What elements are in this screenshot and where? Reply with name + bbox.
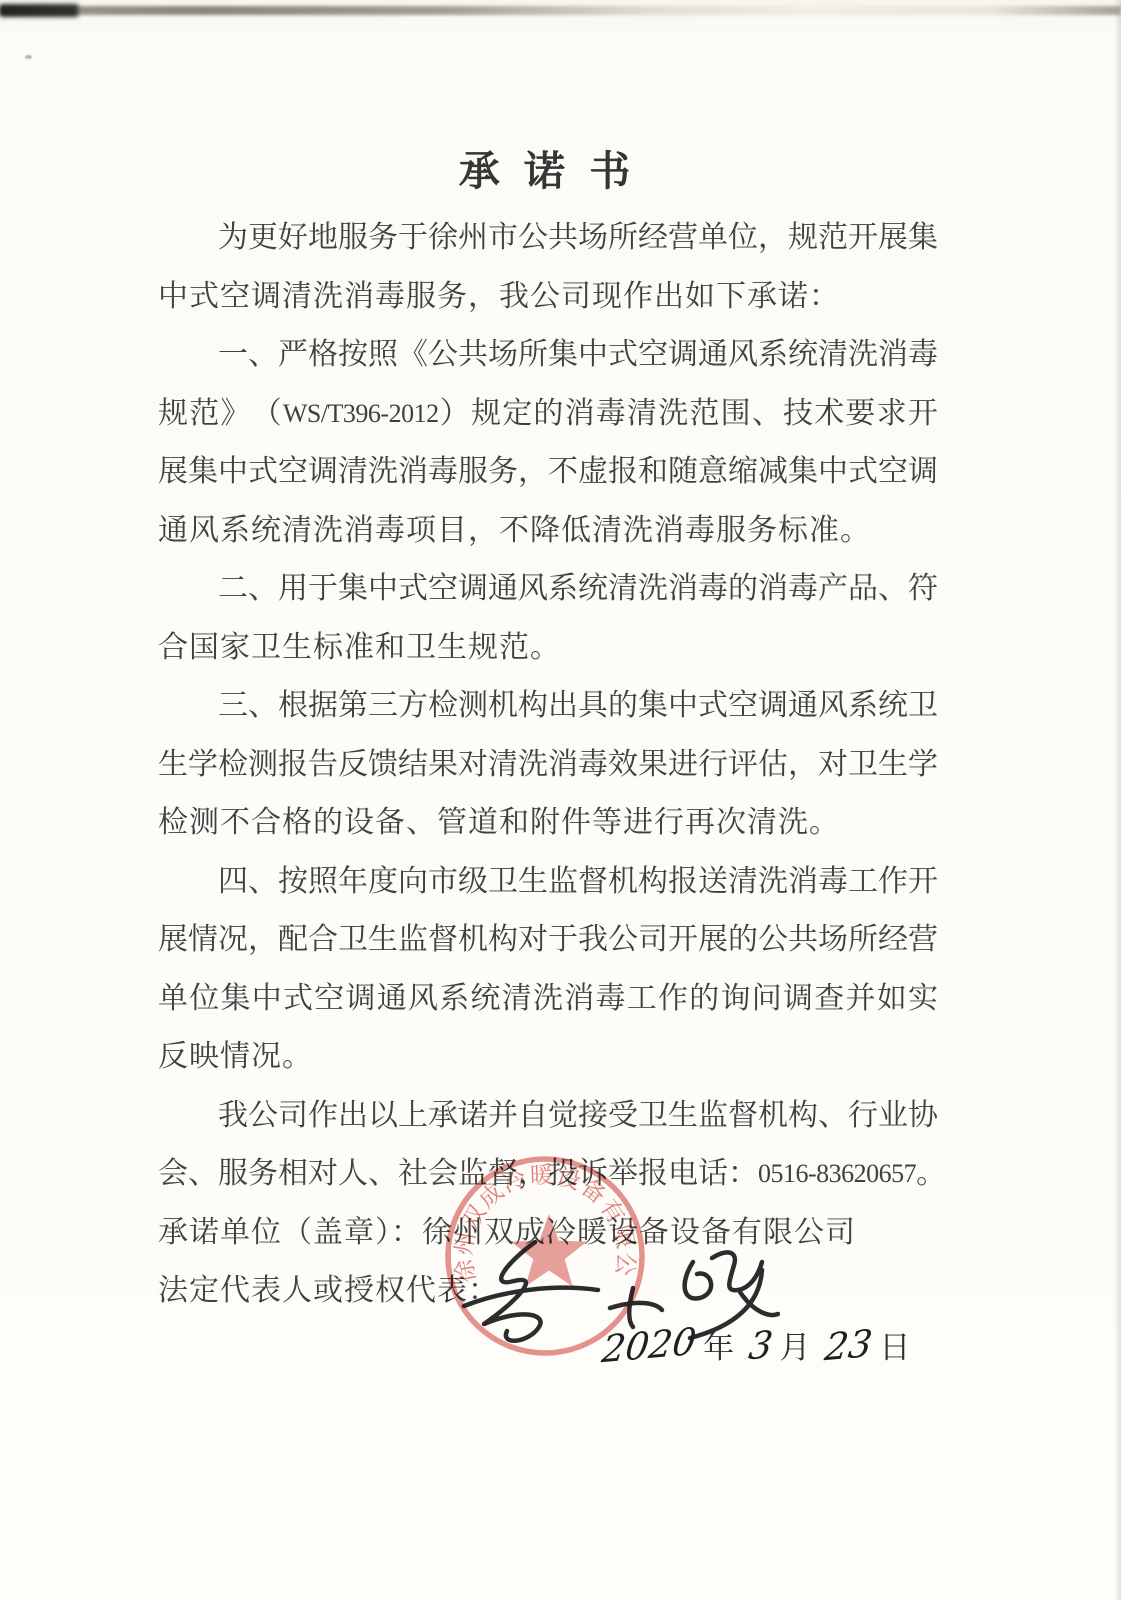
signature-stroke [685,1262,711,1299]
scanned-document-page: 承 诺 书 为更好地服务于徐州市公共场所经营单位，规范开展集中式空调清洗消毒服务… [0,0,1121,1600]
date-month: 3 [746,1323,775,1369]
text-line: 中式空调清洗消毒服务，我公司现作出如下承诺： [158,268,938,327]
date-day: 23 [823,1322,875,1370]
signature-stroke [610,1303,662,1310]
signature-stroke [712,1252,762,1290]
scan-artifact-top-edge [0,6,1121,15]
document-title: 承 诺 书 [158,140,938,202]
text-line: 通风系统清洗消毒项目，不降低清洗消毒服务标准。 [158,502,938,561]
text-line: 我公司作出以上承诺并自觉接受卫生监督机构、行业协 [158,1087,938,1146]
text-line: 一、严格按照《公共场所集中式空调通风系统清洗消毒 [158,326,938,385]
date-day-label: 日 [879,1322,910,1367]
text-line: 单位集中式空调通风系统清洗消毒工作的询问调查并如实 [158,970,938,1029]
text-line: 检测不合格的设备、管道和附件等进行再次清洗。 [158,794,938,853]
text-line: 合国家卫生标准和卫生规范。 [158,619,938,678]
text-line: 生学检测报告反馈结果对清洗消毒效果进行评估，对卫生学 [158,736,938,795]
text-line: 展集中式空调清洗消毒服务，不虚报和随意缩减集中式空调 [158,443,938,502]
date-year: 2020 [600,1320,699,1372]
text-line: 为更好地服务于徐州市公共场所经营单位，规范开展集 [158,209,938,268]
text-line: 展情况，配合卫生监督机构对于我公司开展的公共场所经营 [158,911,938,970]
scan-artifact-top-left-blob [0,4,78,17]
date-month-label: 月 [779,1322,810,1367]
scan-artifact-right-edge [1114,0,1121,1600]
text-line: 四、按照年度向市级卫生监督机构报送清洗消毒工作开 [158,853,938,912]
signature-stroke [464,1288,598,1306]
scan-artifact-dot [25,55,32,59]
text-line: 规范》（WS/T396-2012）规定的消毒清洗范围、技术要求开 [158,385,938,444]
document-text-block: 承 诺 书 为更好地服务于徐州市公共场所经营单位，规范开展集中式空调清洗消毒服务… [158,140,938,1321]
date-year-label: 年 [703,1322,734,1367]
text-line: 二、用于集中式空调通风系统清洗消毒的消毒产品、符 [158,560,938,619]
text-line: 反映情况。 [158,1028,938,1087]
text-line: 三、根据第三方检测机构出具的集中式空调通风系统卫 [158,677,938,736]
date-line: 2020年 3月 23日 [602,1322,917,1367]
